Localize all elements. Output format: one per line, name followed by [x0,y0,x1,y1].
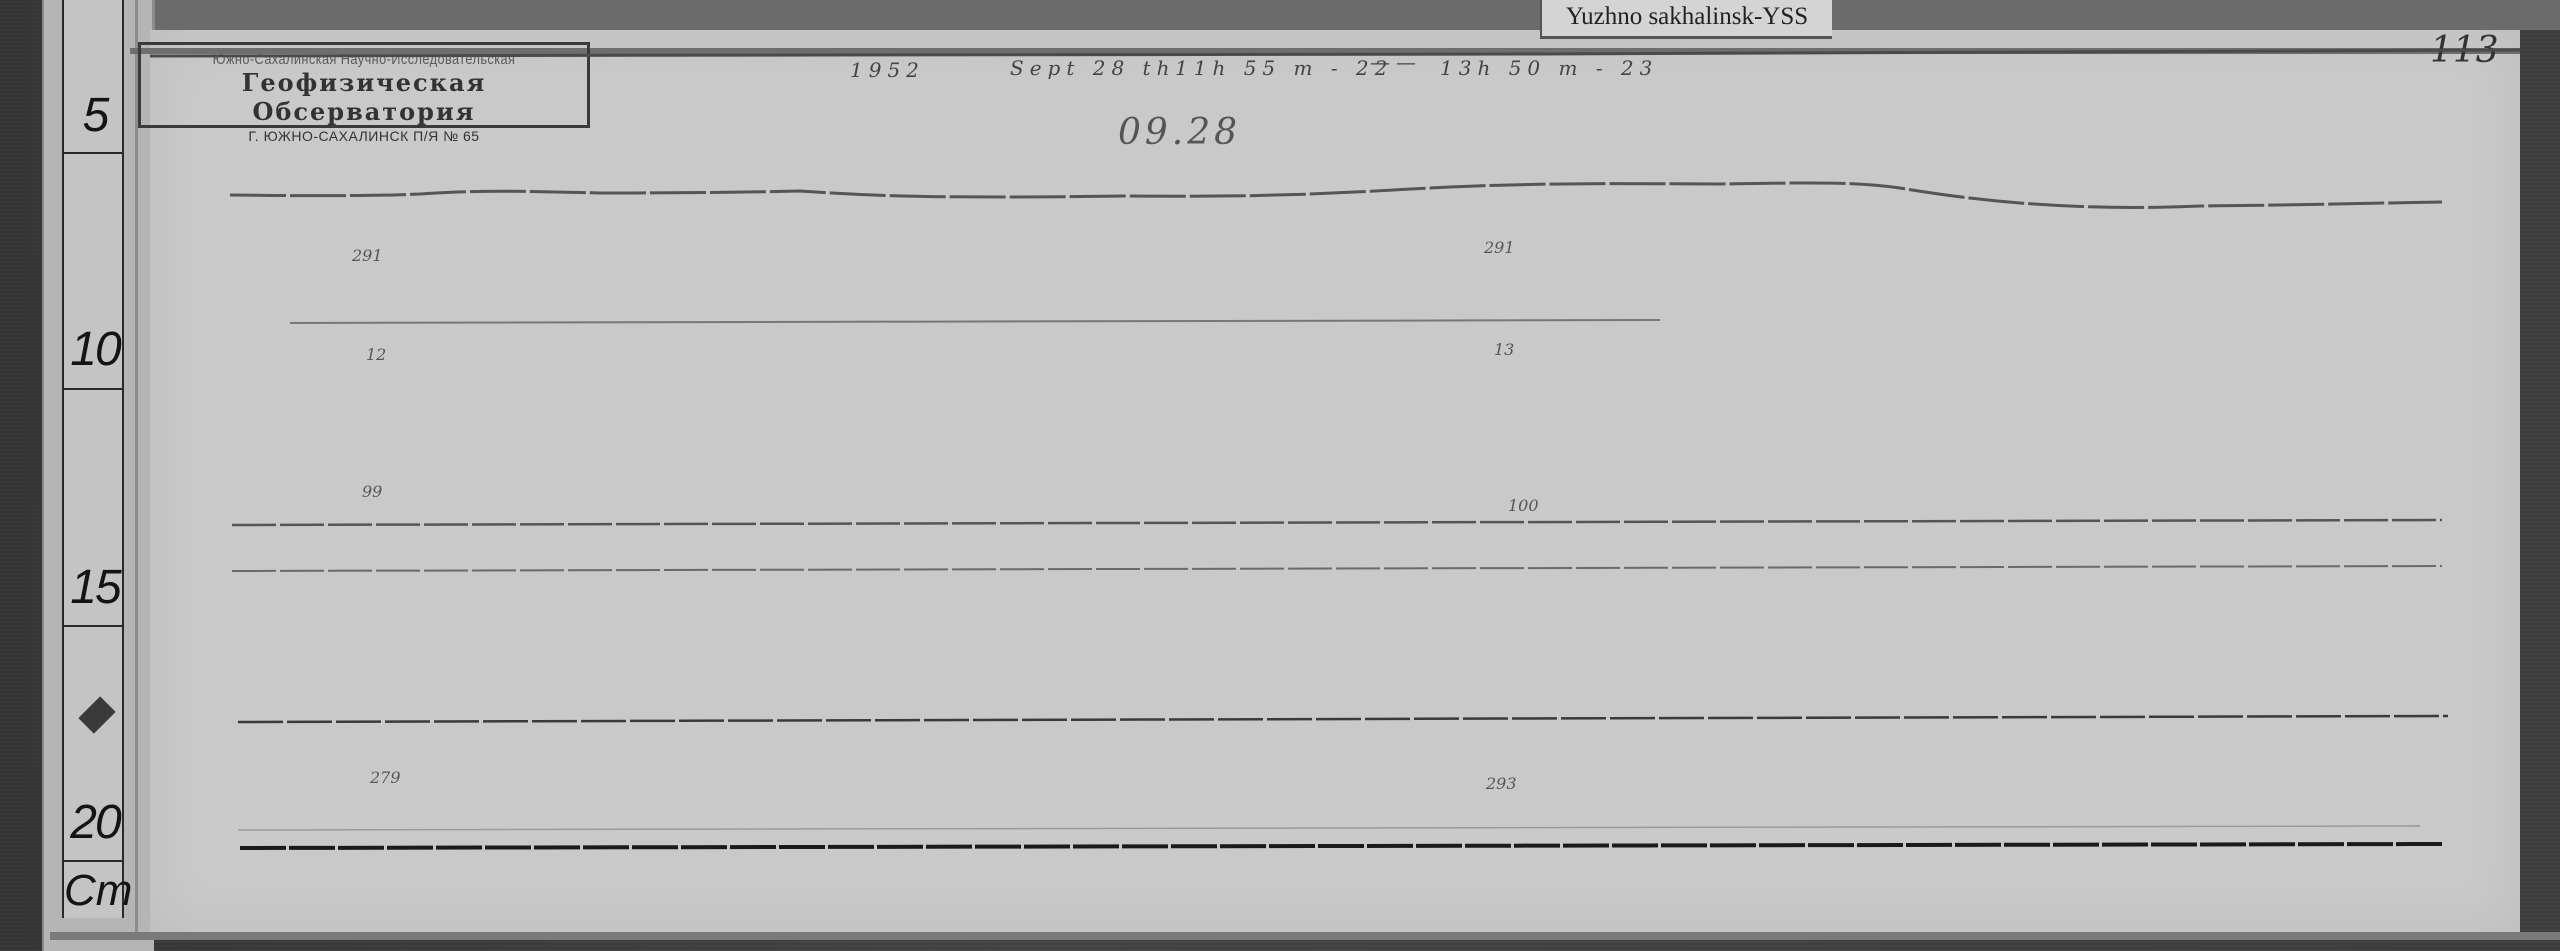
trace-6 [238,826,2420,830]
trace-5 [238,716,2448,722]
seismic-traces [0,0,2560,951]
trace-7 [240,844,2445,848]
trace-4 [232,566,2442,571]
header-rule [150,50,2520,56]
trace-1 [230,183,2442,207]
trace-2 [290,320,1660,323]
trace-3 [232,520,2442,525]
